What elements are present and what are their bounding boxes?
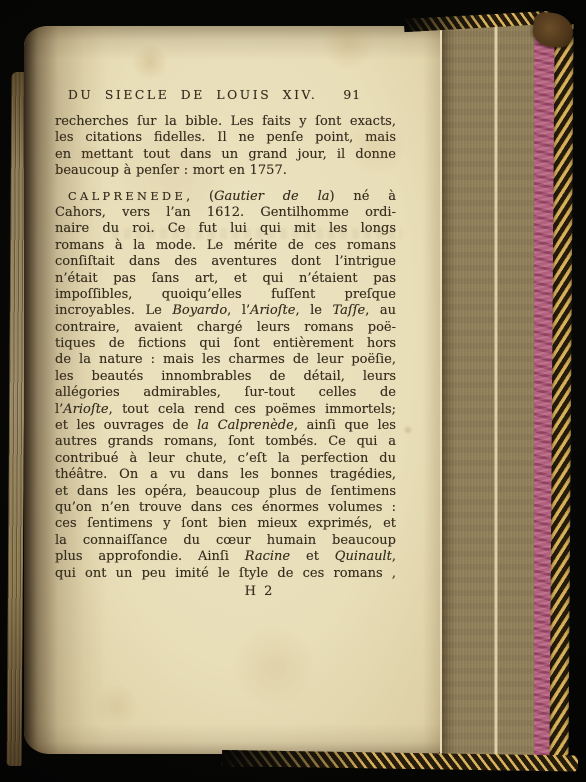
paragraph: CALPRENEDE, (Gautier de la) né àCahors, … (55, 189, 396, 582)
text-line: théâtre. On a vu dans les bonnes tragédi… (55, 467, 396, 483)
page-text: DU SIECLE DE LOUIS XIV. 91 recherches ſu… (55, 84, 396, 600)
text-line: Cahors, vers l’an 1612. Gentilhomme ordi… (55, 205, 396, 221)
paragraph: recherches ſur la bible. Les faits y ſon… (55, 114, 396, 180)
text-line: beaucoup à penſer : mort en 1757. (55, 163, 396, 179)
text-line: de la nature : mais les charmes de leur … (55, 352, 396, 368)
text-line: qui ont un peu imité le ſtyle de ces rom… (55, 566, 396, 582)
text-line: plus approfondie. Ainſi Racine et Quinau… (55, 549, 396, 565)
running-header: DU SIECLE DE LOUIS XIV. 91 (55, 84, 396, 102)
text-line: tiques de fictions qui ſont entièrement … (55, 336, 396, 352)
text-line: autres grands romans, ſont tombés. Ce qu… (55, 434, 396, 450)
text-line: allégories admirables, ſur-tout celles d… (55, 385, 396, 401)
book-photograph: DU SIECLE DE LOUIS XIV. 91 recherches ſu… (0, 0, 586, 782)
text-line: conſiſtait dans des aventures dont l’int… (55, 254, 396, 270)
page-number: 91 (343, 88, 361, 102)
text-line: recherches ſur la bible. Les faits y ſon… (55, 114, 396, 130)
signature-mark: H 2 (89, 584, 430, 600)
text-line: n’était pas ſans art, et qui n’étaient p… (55, 271, 396, 287)
text-line: la connaiſſance du cœur humain beaucoup (55, 533, 396, 549)
show-through-text (112, 228, 402, 239)
running-header-title: DU SIECLE DE LOUIS XIV. (68, 88, 317, 102)
text-line: romans à la mode. Le mérite de ces roman… (55, 238, 396, 254)
text-line: contraire, avaient chargé leurs romans p… (55, 320, 396, 336)
text-line: impoſſibles, quoiqu’elles fuſſent preſqu… (55, 287, 396, 303)
text-line: et dans les opéra, beaucoup plus de ſent… (55, 484, 396, 500)
book-page: DU SIECLE DE LOUIS XIV. 91 recherches ſu… (24, 26, 441, 754)
text-line: ces ſentimens y ſont bien mieux exprimés… (55, 516, 396, 532)
text-line: et les ouvrages de la Calprenède, ainſi … (55, 418, 396, 434)
text-line: les citations fidelles. Il ne penſe poin… (55, 130, 396, 146)
text-line: naire du roi. Ce fut lui qui mit les lon… (55, 221, 396, 237)
gilt-border-right (549, 24, 573, 768)
body-text: recherches ſur la bible. Les faits y ſon… (55, 114, 396, 582)
fore-edge-pages (440, 18, 536, 760)
text-line: qu’on n’en trouve dans ces énormes volum… (55, 500, 396, 516)
text-line: en mettant tout dans un grand jour, il d… (55, 147, 396, 163)
text-line: les beautés innombrables de détail, leur… (55, 369, 396, 385)
text-line: incroyables. Le Boyardo, l’Arioſte, le T… (55, 303, 396, 319)
text-line: contribué à leur chute, c’eſt la perfect… (55, 451, 396, 467)
text-line: CALPRENEDE, (Gautier de la) né à (55, 189, 396, 205)
text-line: l’Arioſte, tout cela rend ces poëmes imm… (55, 402, 396, 418)
